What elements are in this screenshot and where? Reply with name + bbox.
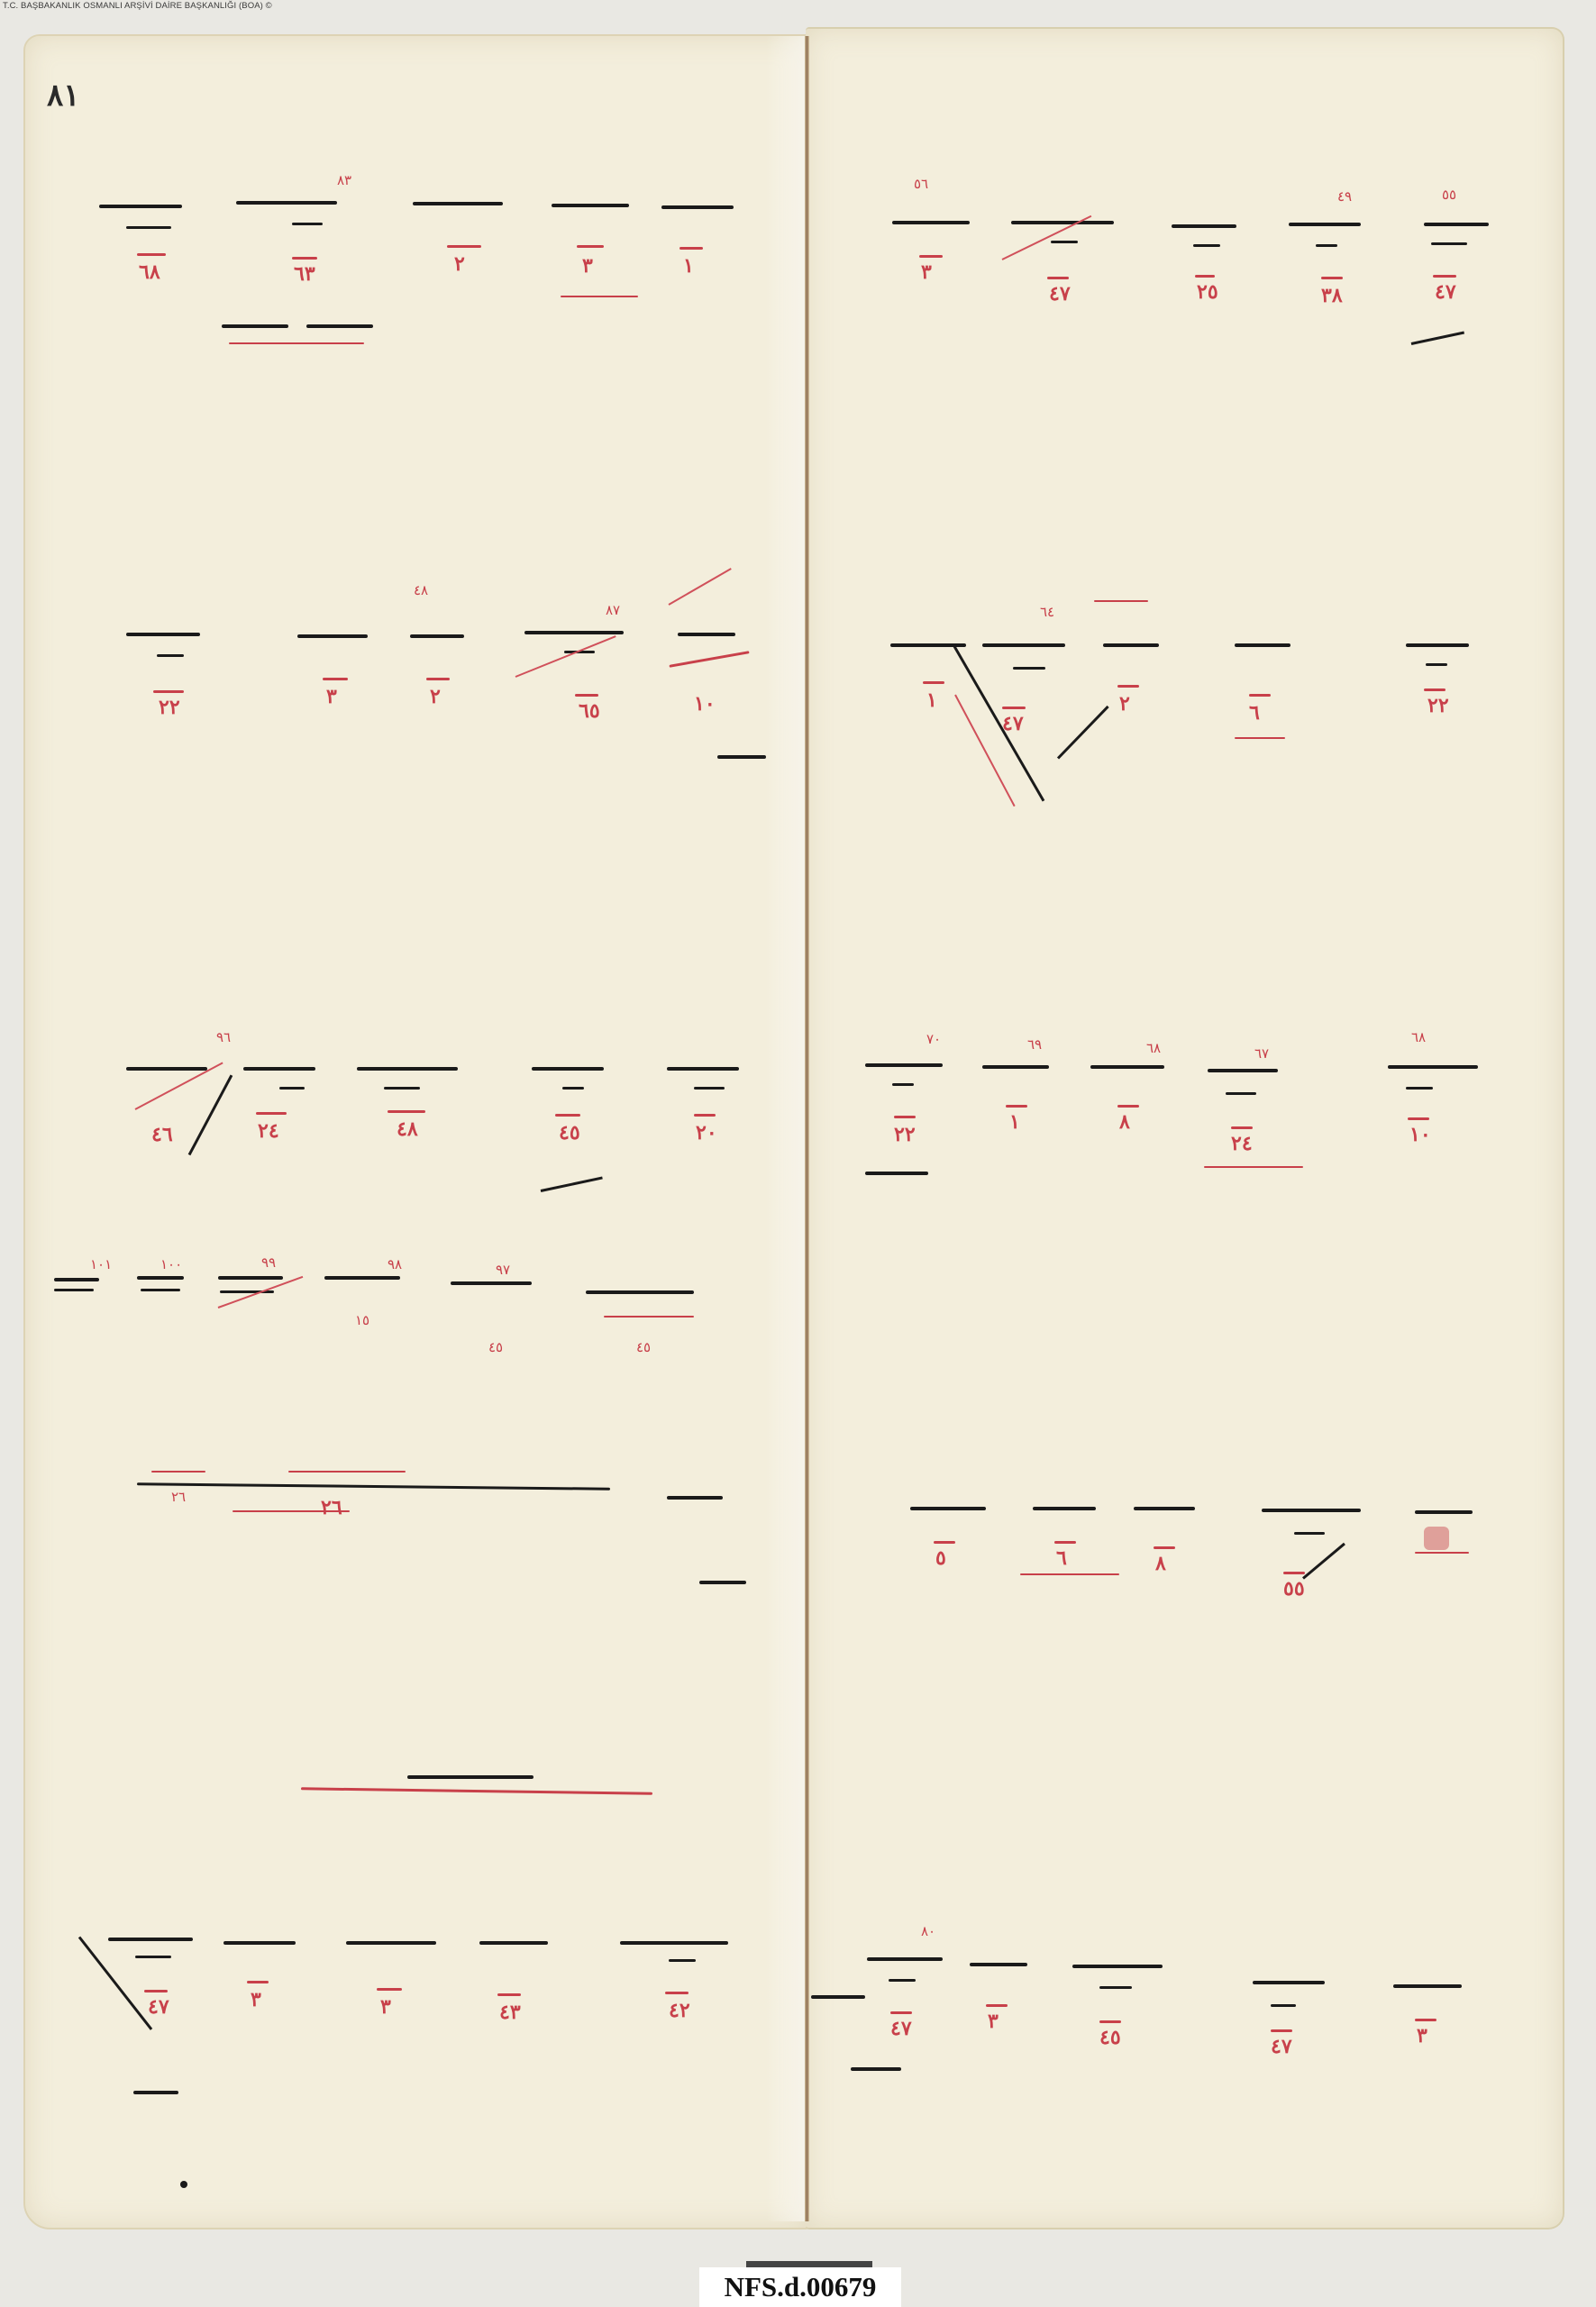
catalog-label-text: NFS.d.00679 xyxy=(725,2271,877,2303)
ledger-entry: ٢ xyxy=(1103,631,1202,748)
ledger-entry: ٤٥ xyxy=(1072,1947,1172,2064)
red-annotation xyxy=(288,1471,406,1473)
summary-stroke xyxy=(222,324,288,328)
ledger-entry: ١٠ ٦٨ xyxy=(1388,1054,1487,1172)
summary-stroke xyxy=(133,2091,178,2094)
ledger-entry: ٣ xyxy=(552,189,651,306)
summary-stroke xyxy=(811,1995,865,1999)
ledger-entry: ٨ xyxy=(1134,1496,1233,1613)
ledger-entry: ٢ ٤٨ xyxy=(410,622,509,739)
ledger-entry: ٣٨ ٤٩ xyxy=(1289,212,1388,329)
ledger-entry: ٤٢ xyxy=(620,1929,719,2046)
ledger-entry: ٢٢ xyxy=(126,622,225,739)
archive-watermark: T.C. BAŞBAKANLIK OSMANLI ARŞİVİ DAİRE BA… xyxy=(3,1,272,11)
gutter-shade xyxy=(766,36,806,2221)
ledger-entry: ٤٧ xyxy=(1253,1965,1352,2082)
ledger-entry: ٤٦ ٩٦ xyxy=(126,1054,225,1172)
ledger-entry: ٣ xyxy=(970,1947,1069,2064)
ledger-entry: ٦ xyxy=(1033,1496,1132,1613)
summary-red-note xyxy=(229,342,364,344)
folio-number: ٨١ xyxy=(47,78,80,114)
catalog-label: NFS.d.00679 xyxy=(699,2267,901,2307)
ledger-entry: ٨ ٦٨ xyxy=(1090,1054,1190,1172)
ledger-entry: ٤٧ ٥٥ xyxy=(1415,212,1514,329)
summary-stroke xyxy=(851,2067,901,2071)
ledger-entry: ٣ ٥٦ xyxy=(892,212,991,329)
ledger-entry: ٣ xyxy=(297,622,397,739)
book-gutter xyxy=(805,36,809,2221)
summary-stroke xyxy=(717,755,766,759)
ledger-entry: ٢٤ ٦٧ xyxy=(1208,1054,1307,1172)
ledger-entry: ٣ xyxy=(346,1929,445,2046)
summary-stroke xyxy=(699,1581,746,1584)
ledger-entry: ٣ xyxy=(1393,1965,1492,2082)
red-annotation xyxy=(151,1471,205,1473)
ledger-entry: ٤٧ ٦٤ xyxy=(982,631,1081,748)
ledger-entry: ٦٥ ٨٧ xyxy=(524,622,624,739)
ledger-entry: ٦٨ xyxy=(99,194,198,311)
ledger-entry: ٤٥ xyxy=(532,1054,631,1172)
ledger-entry: ٦٣ ٨٣ xyxy=(236,185,335,302)
ledger-entry: ٩٩ xyxy=(218,1271,317,1388)
ledger-entry: ٤٥ xyxy=(586,1271,685,1388)
ledger-entry: ٢٢ ٧٠ xyxy=(865,1054,964,1172)
summary-stroke xyxy=(306,324,373,328)
ledger-entry: ٦ xyxy=(1235,631,1334,748)
ledger-entry: ٢٠ xyxy=(667,1054,766,1172)
ledger-entry: ٤٧ ٨٠ xyxy=(867,1947,966,2064)
ledger-entry: ٤٨ xyxy=(357,1054,456,1172)
entry-number: ٢٦ xyxy=(321,1496,342,1519)
ledger-entry: ٤٣ xyxy=(479,1929,579,2046)
ledger-entry: ٩٧ ٤٥ xyxy=(451,1271,550,1388)
summary-stroke xyxy=(865,1172,928,1175)
section-heading-stroke xyxy=(407,1775,534,1779)
ledger-entry: ١ xyxy=(661,189,761,306)
ledger-entry: ٤٧ xyxy=(1011,212,1110,329)
ledger-entry: ٢٤ xyxy=(243,1054,342,1172)
ledger-entry: ١ ٦٩ xyxy=(982,1054,1081,1172)
ledger-entry: ٢ xyxy=(413,189,512,306)
ledger-entry: ٥ xyxy=(910,1496,1009,1613)
ledger-entry: ٢٥ xyxy=(1172,212,1271,329)
ledger-entry: ٣ xyxy=(223,1929,323,2046)
name-stroke xyxy=(667,1496,723,1500)
ledger-entry xyxy=(1415,1496,1514,1613)
ledger-entry: ٥٥ xyxy=(1262,1496,1361,1613)
ledger-entry: ٤٧ xyxy=(108,1929,207,2046)
ledger-entry: ٩٨ ١٥ xyxy=(324,1271,424,1388)
ledger-entry: ٢٢ xyxy=(1406,631,1505,748)
ink-mark xyxy=(180,2181,187,2188)
entry-number: ٢٦ xyxy=(171,1489,186,1505)
ledger-entry: ١٠ xyxy=(678,622,777,739)
